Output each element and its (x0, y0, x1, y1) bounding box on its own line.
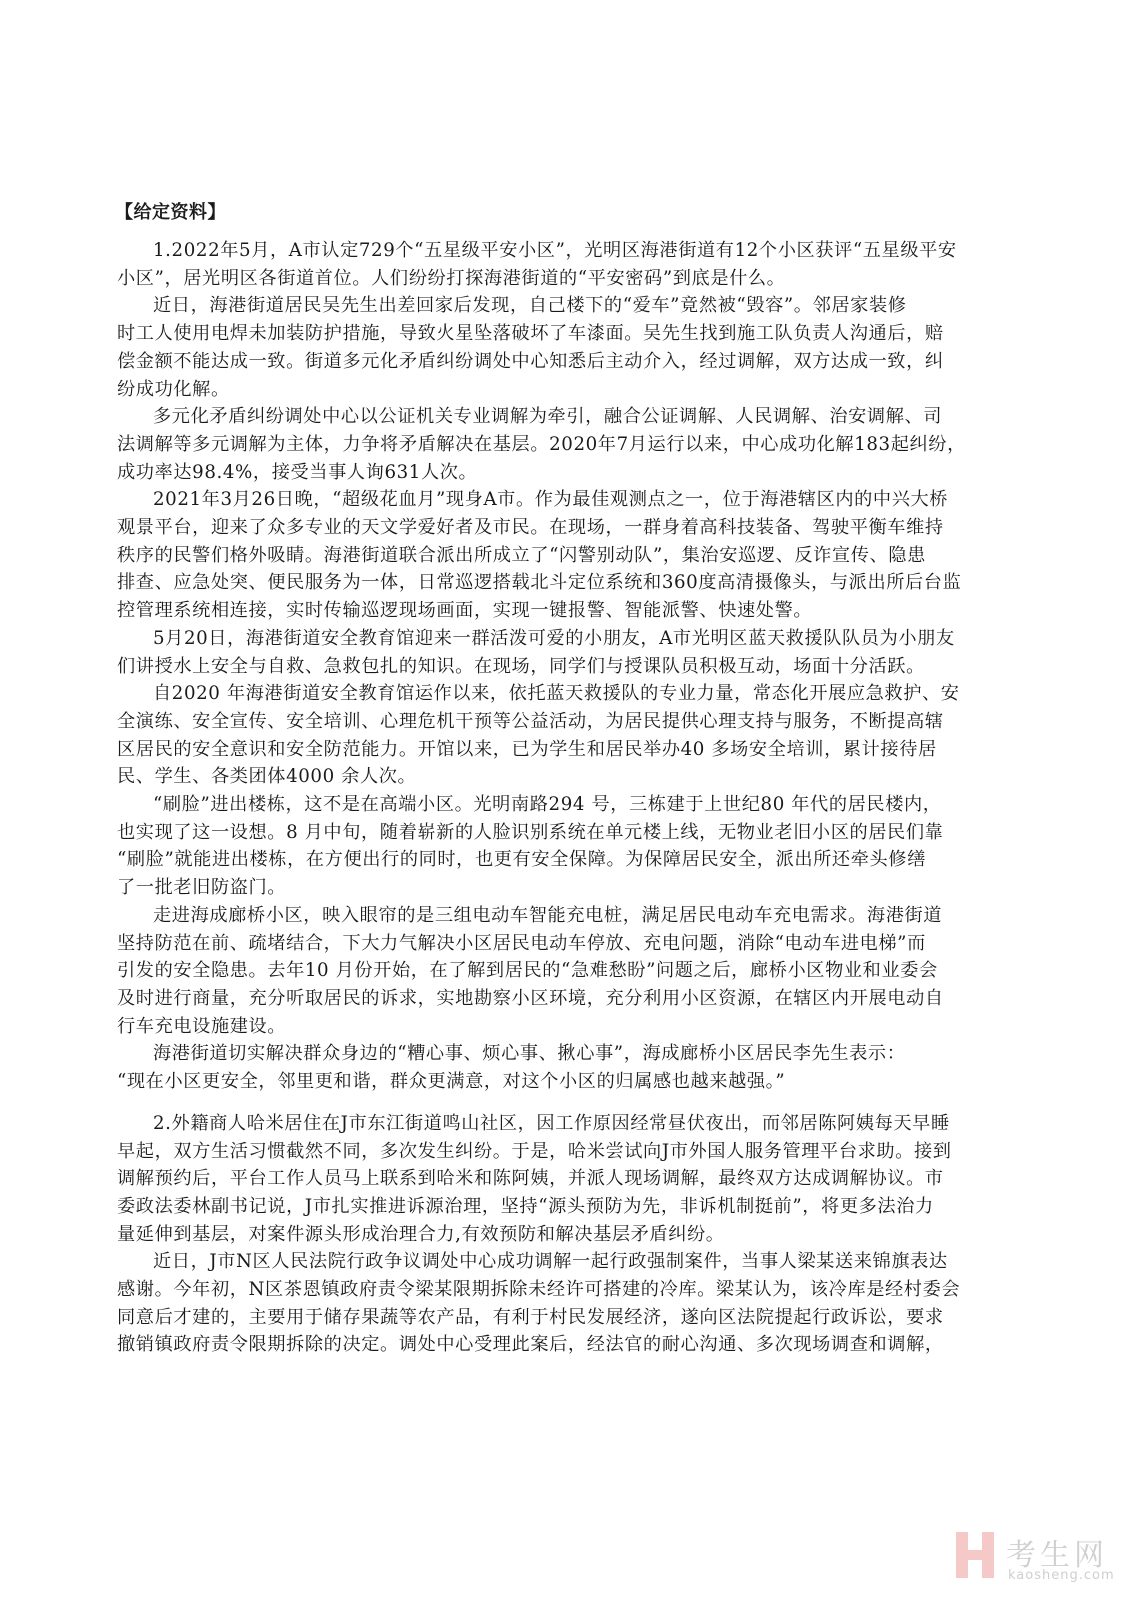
text-line: 们讲授水上安全与自救、急救包扎的知识。在现场，同学们与授课队员积极互动，场面十分… (117, 653, 1027, 681)
text-line: 法调解等多元调解为主体，力争将矛盾解决在基层。2020年7月运行以来，中心成功化… (117, 431, 1027, 459)
text-line: 近日，J市N区人民法院行政争议调处中心成功调解一起行政强制案件，当事人梁某送来锦… (117, 1248, 1027, 1276)
text-line: 全演练、安全宣传、安全培训、心理危机干预等公益活动，为居民提供心理支持与服务，不… (117, 708, 1027, 736)
text-line: “现在小区更安全，邻里更和谐，群众更满意，对这个小区的归属感也越来越强。” (117, 1068, 1027, 1096)
text-line: 同意后才建的，主要用于储存果蔬等农产品，有利于村民发展经济，遂向区法院提起行政诉… (117, 1304, 1027, 1332)
text-line: 偿金额不能达成一致。街道多元化矛盾纠纷调处中心知悉后主动介入，经过调解，双方达成… (117, 348, 1027, 376)
text-line: 时工人使用电焊未加装防护措施，导致火星坠落破坏了车漆面。吴先生找到施工队负责人沟… (117, 320, 1027, 348)
text-line: 海港街道切实解决群众身边的“糟心事、烦心事、揪心事”，海成廊桥小区居民李先生表示… (117, 1040, 1027, 1068)
text-line: 坚持防范在前、疏堵结合，下大力气解决小区居民电动车停放、充电问题，消除“电动车进… (117, 930, 1027, 958)
document-body: 1.2022年5月，A市认定729个“五星级平安小区”，光明区海港街道有12个小… (117, 237, 1027, 1359)
text-line: 调解预约后，平台工作人员马上联系到哈米和陈阿姨，并派人现场调解，最终双方达成调解… (117, 1165, 1027, 1193)
section-heading: 【给定资料】 (115, 197, 1027, 229)
text-line: 行车充电设施建设。 (117, 1013, 1027, 1041)
text-line: 走进海成廊桥小区，映入眼帘的是三组电动车智能充电桩，满足居民电动车充电需求。海港… (117, 902, 1027, 930)
text-line: “刷脸”就能进出楼栋，在方便出行的同时，也更有安全保障。为保障居民安全，派出所还… (117, 846, 1027, 874)
text-line: 委政法委林副书记说，J市扎实推进诉源治理，坚持“源头预防为先，非诉机制挺前”，将… (117, 1193, 1027, 1221)
text-line: 成功率达98.4%，接受当事人询631人次。 (117, 459, 1027, 487)
paragraph: 2021年3月26日晚，“超级花血月”现身A市。作为最佳观测点之一，位于海港辖区… (117, 486, 1027, 625)
text-line: 区居民的安全意识和安全防范能力。开馆以来，已为学生和居民举办40 多场安全培训，… (117, 736, 1027, 764)
text-line: 控管理系统相连接，实时传输巡逻现场画面，实现一键报警、智能派警、快速处警。 (117, 597, 1027, 625)
text-line: 5月20日，海港街道安全教育馆迎来一群活泼可爱的小朋友，A市光明区蓝天救援队队员… (117, 625, 1027, 653)
text-line: 小区”，居光明区各街道首位。人们纷纷打探海港街道的“平安密码”到底是什么。 (117, 265, 1027, 293)
text-line: 了一批老旧防盗门。 (117, 874, 1027, 902)
text-line: 2.外籍商人哈米居住在J市东江街道鸣山社区，因工作原因经常昼伏夜出，而邻居陈阿姨… (117, 1110, 1027, 1138)
text-line: 早起，双方生活习惯截然不同，多次发生纠纷。于是，哈米尝试向J市外国人服务管理平台… (117, 1138, 1027, 1166)
text-line: 感谢。今年初，N区茶恩镇政府责令梁某限期拆除未经许可搭建的冷库。梁某认为，该冷库… (117, 1276, 1027, 1304)
paragraph: 2.外籍商人哈米居住在J市东江街道鸣山社区，因工作原因经常昼伏夜出，而邻居陈阿姨… (117, 1110, 1027, 1249)
text-line: “刷脸”进出楼栋，这不是在高端小区。光明南路294 号，三栋建于上世纪80 年代… (117, 791, 1027, 819)
paragraph: 自2020 年海港街道安全教育馆运作以来，依托蓝天救援队的专业力量，常态化开展应… (117, 680, 1027, 791)
text-line: 2021年3月26日晚，“超级花血月”现身A市。作为最佳观测点之一，位于海港辖区… (117, 486, 1027, 514)
section-gap (117, 1096, 1027, 1110)
text-line: 自2020 年海港街道安全教育馆运作以来，依托蓝天救援队的专业力量，常态化开展应… (117, 680, 1027, 708)
text-line: 1.2022年5月，A市认定729个“五星级平安小区”，光明区海港街道有12个小… (117, 237, 1027, 265)
document-page: 【给定资料】 1.2022年5月，A市认定729个“五星级平安小区”，光明区海港… (117, 197, 1027, 1359)
text-line: 排查、应急处突、便民服务为一体，日常巡逻搭载北斗定位系统和360度高清摄像头，与… (117, 569, 1027, 597)
text-line: 纷成功化解。 (117, 376, 1027, 404)
text-line: 近日，海港街道居民吴先生出差回家后发现，自己楼下的“爱车”竟然被“毁容”。邻居家… (117, 292, 1027, 320)
text-line: 多元化矛盾纠纷调处中心以公证机关专业调解为牵引，融合公证调解、人民调解、治安调解… (117, 403, 1027, 431)
text-line: 秩序的民警们格外吸睛。海港街道联合派出所成立了“闪警别动队”，集治安巡逻、反诈宣… (117, 542, 1027, 570)
text-line: 量延伸到基层，对案件源头形成治理合力,有效预防和解决基层矛盾纠纷。 (117, 1221, 1027, 1249)
watermark: 考生网 kaosheng.com (948, 1518, 1128, 1588)
paragraph: 多元化矛盾纠纷调处中心以公证机关专业调解为牵引，融合公证调解、人民调解、治安调解… (117, 403, 1027, 486)
text-line: 民、学生、各类团体4000 余人次。 (117, 763, 1027, 791)
paragraph: 1.2022年5月，A市认定729个“五星级平安小区”，光明区海港街道有12个小… (117, 237, 1027, 292)
text-line: 撤销镇政府责令限期拆除的决定。调处中心受理此案后，经法官的耐心沟通、多次现场调查… (117, 1331, 1027, 1359)
text-line: 观景平台，迎来了众多专业的天文学爱好者及市民。在现场，一群身着高科技装备、驾驶平… (117, 514, 1027, 542)
text-line: 及时进行商量，充分听取居民的诉求，实地勘察小区环境，充分利用小区资源，在辖区内开… (117, 985, 1027, 1013)
paragraph: “刷脸”进出楼栋，这不是在高端小区。光明南路294 号，三栋建于上世纪80 年代… (117, 791, 1027, 902)
text-line: 引发的安全隐患。去年10 月份开始，在了解到居民的“急难愁盼”问题之后，廊桥小区… (117, 957, 1027, 985)
paragraph: 5月20日，海港街道安全教育馆迎来一群活泼可爱的小朋友，A市光明区蓝天救援队队员… (117, 625, 1027, 680)
paragraph: 走进海成廊桥小区，映入眼帘的是三组电动车智能充电桩，满足居民电动车充电需求。海港… (117, 902, 1027, 1041)
watermark-brand-en: kaosheng.com (1008, 1568, 1115, 1583)
paragraph: 近日，海港街道居民吴先生出差回家后发现，自己楼下的“爱车”竟然被“毁容”。邻居家… (117, 292, 1027, 403)
paragraph: 海港街道切实解决群众身边的“糟心事、烦心事、揪心事”，海成廊桥小区居民李先生表示… (117, 1040, 1027, 1095)
kaosheng-logo-icon (956, 1532, 996, 1578)
text-line: 也实现了这一设想。8 月中旬，随着崭新的人脸识别系统在单元楼上线，无物业老旧小区… (117, 819, 1027, 847)
paragraph: 近日，J市N区人民法院行政争议调处中心成功调解一起行政强制案件，当事人梁某送来锦… (117, 1248, 1027, 1359)
